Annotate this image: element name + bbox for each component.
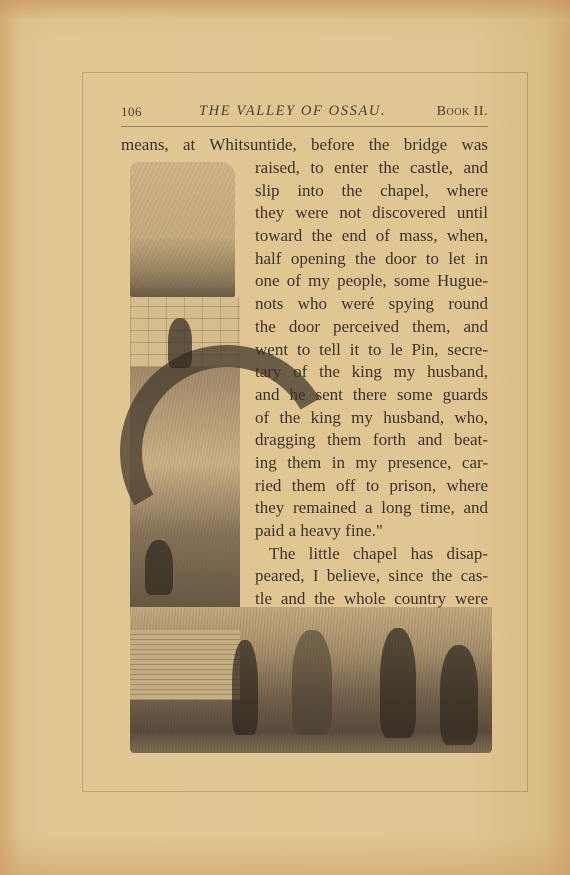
text-line: half opening the door to let in [255, 248, 488, 270]
illustration-figure-hanging [168, 318, 192, 368]
page-bottom-shadow [0, 835, 570, 875]
page-number: 106 [121, 104, 142, 120]
text-line: means, at Whitsuntide, before the bridge… [121, 134, 488, 156]
text-line: ried them off to prison, where [255, 475, 488, 497]
text-line: went to tell it to le Pin, secre- [255, 339, 488, 361]
text-line: they remained a long time, and [255, 497, 488, 519]
page-top-shadow [0, 0, 570, 40]
text-line-paragraph-start: The little chapel has disap- [269, 543, 488, 565]
text-line: toward the end of mass, when, [255, 225, 488, 247]
illustration-soldiers-with-pikes [130, 162, 235, 297]
book-label: Book II. [437, 104, 488, 120]
running-head: 106 THE VALLEY OF OSSAU. Book II. [121, 103, 488, 125]
text-line: peared, I believe, since the cas- [255, 565, 488, 587]
text-line: dragging them forth and beat- [255, 429, 488, 451]
header-rule [121, 126, 488, 127]
illustration-figure-lady [292, 630, 332, 735]
text-line: the door perceived them, and [255, 316, 488, 338]
text-line: raised, to enter the castle, and [255, 157, 488, 179]
illustration-figure-right [440, 645, 478, 745]
illustration-figure-climbing [145, 540, 173, 595]
text-line: ing them in my presence, car- [255, 452, 488, 474]
text-line: tle and the whole country were [255, 588, 488, 610]
text-line: tary of the king my husband, [255, 361, 488, 383]
text-line: slip into the chapel, where [255, 180, 488, 202]
text-line: they were not discovered until [255, 202, 488, 224]
text-line: of the king my husband, who, [255, 407, 488, 429]
text-line: and he sent there some guards [255, 384, 488, 406]
text-line: one of my people, some Hugue- [255, 270, 488, 292]
text-line: paid a heavy fine." [255, 520, 488, 542]
text-line: nots who weré spying round [255, 293, 488, 315]
running-title: THE VALLEY OF OSSAU. [199, 103, 386, 120]
illustration-figure-standing [232, 640, 258, 735]
illustration-river [130, 630, 240, 700]
illustration-figure-gentleman [380, 628, 416, 738]
